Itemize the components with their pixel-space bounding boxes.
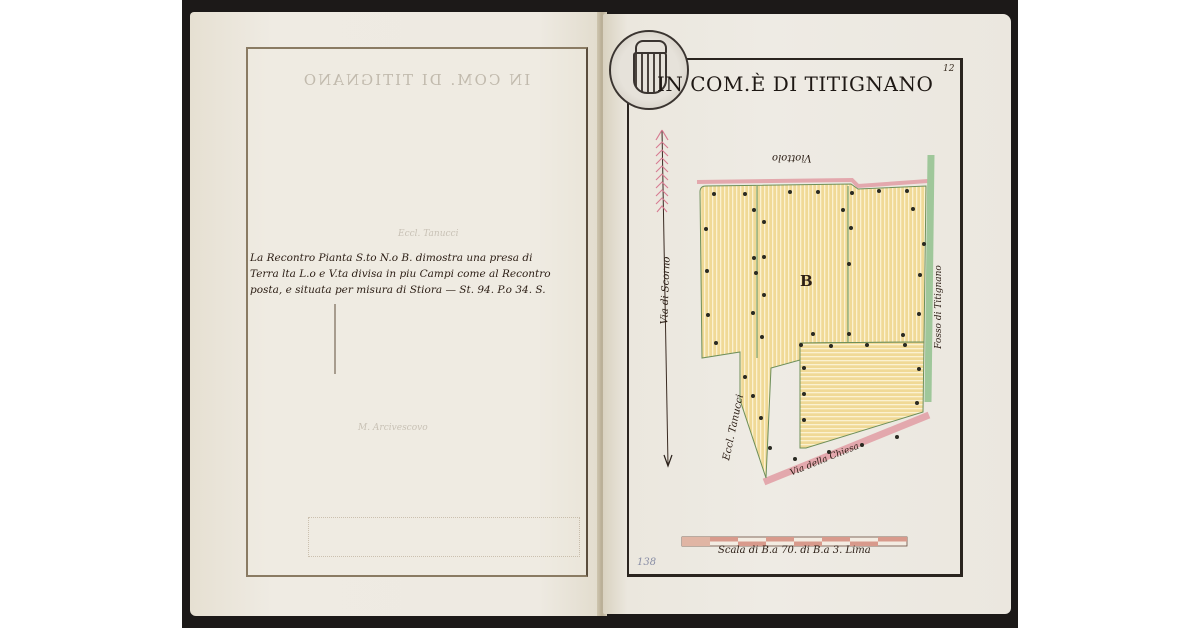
ditch-titignano bbox=[928, 155, 931, 402]
cadastral-map bbox=[0, 0, 1200, 628]
label-fosso-di-titignano: Fosso di Titignano bbox=[934, 265, 944, 349]
parcel-label: B bbox=[800, 272, 813, 290]
folio-number: 138 bbox=[637, 557, 656, 568]
label-via-di-scorno: Via di Scorno bbox=[659, 256, 672, 324]
parcel-lower bbox=[800, 342, 924, 448]
label-viottolo: Viottolo bbox=[772, 152, 812, 163]
scale-caption: Scala di B.a 70. di B.a 3. Lima bbox=[718, 545, 871, 556]
